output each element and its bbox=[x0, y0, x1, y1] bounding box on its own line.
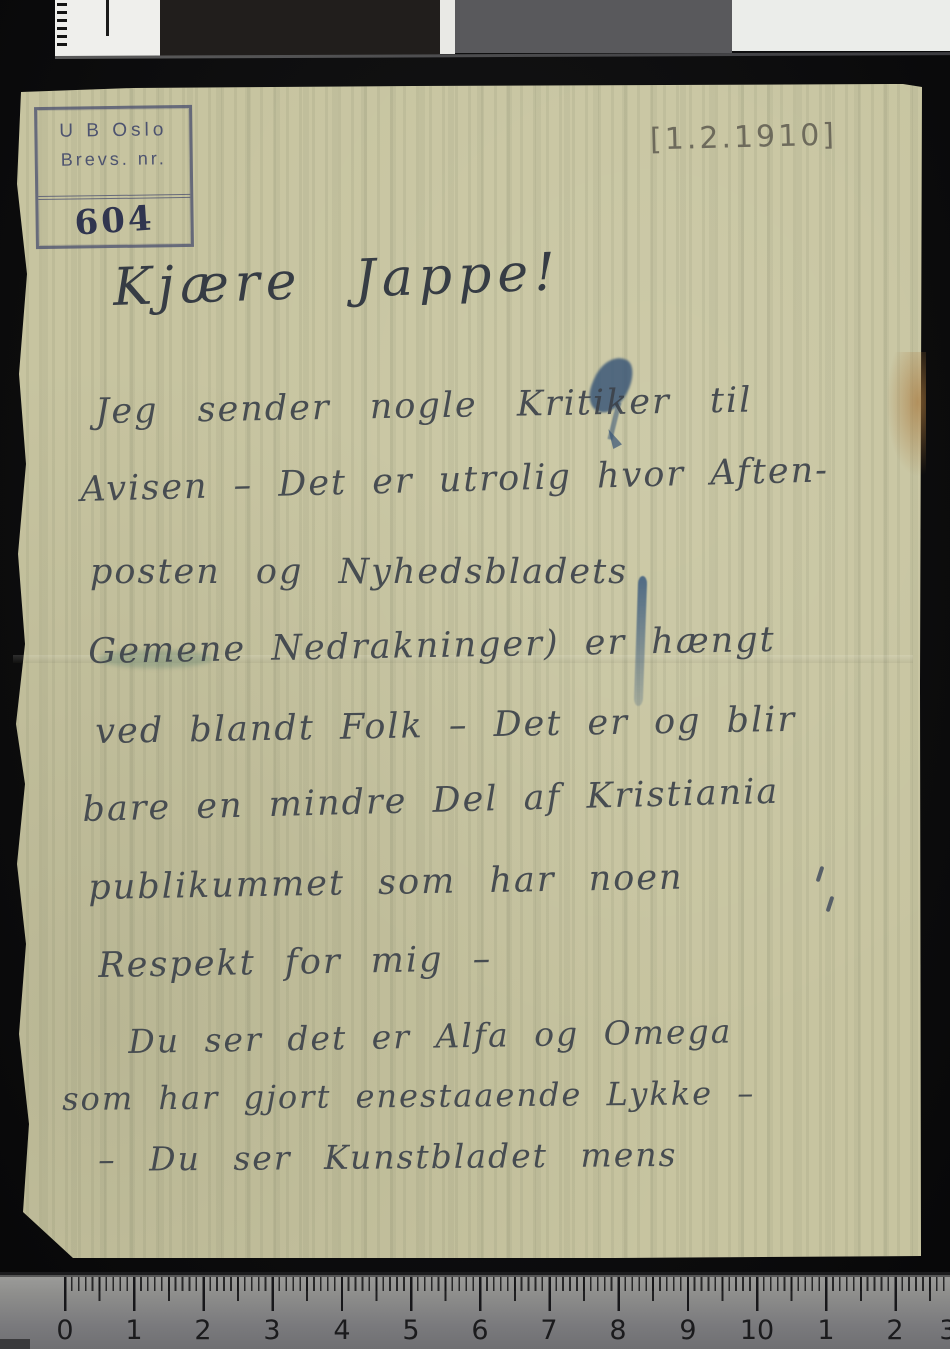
ruler-number: 1 bbox=[817, 1315, 834, 1346]
ruler-number: 8 bbox=[609, 1315, 626, 1346]
ruler-number: 9 bbox=[679, 1315, 696, 1346]
calibration-white-patch bbox=[732, 0, 950, 51]
stamp-institution: U B Oslo bbox=[37, 120, 189, 141]
ruler-number: 3 bbox=[939, 1315, 950, 1346]
calibration-white-patch bbox=[55, 0, 160, 57]
ruler-number: 4 bbox=[333, 1315, 350, 1346]
grayscale-calibration-strip bbox=[0, 0, 950, 62]
ruler-number: 2 bbox=[194, 1315, 211, 1346]
ruler-number: 1 bbox=[125, 1315, 142, 1346]
ruler-cm-ticks bbox=[64, 1277, 950, 1311]
letter-line: posten og Nyhedsbladets bbox=[90, 552, 628, 592]
resolution-step-wedge bbox=[57, 3, 67, 49]
letter-line: – Du ser Kunstbladet mens bbox=[98, 1135, 678, 1179]
calibration-white-gap bbox=[440, 0, 455, 54]
calibration-black-patch bbox=[160, 0, 440, 56]
archive-stamp-header: U B Oslo Brevs. nr. bbox=[37, 108, 190, 200]
letter-line: som har gjort enestaaende Lykke – bbox=[62, 1074, 755, 1118]
pencil-date-annotation: [1.2.1910] bbox=[650, 118, 838, 158]
letter-line: Respekt for mig – bbox=[98, 939, 492, 986]
stamp-number: 604 bbox=[37, 196, 191, 246]
ruler-number: 6 bbox=[471, 1315, 488, 1346]
stamp-series: Brevs. nr. bbox=[38, 149, 190, 169]
centimetre-ruler: 0 1 2 3 4 5 6 7 8 9 10 1 2 3 bbox=[0, 1272, 950, 1349]
ruler-number: 5 bbox=[402, 1315, 419, 1346]
archive-stamp-box: U B Oslo Brevs. nr. 604 bbox=[34, 105, 194, 249]
scanned-letter-page: U B Oslo Brevs. nr. 604 [1.2.1910] Kjære… bbox=[0, 0, 950, 1349]
calibration-line bbox=[106, 0, 109, 36]
calibration-gray-patch bbox=[455, 0, 732, 53]
ruler-number: 10 bbox=[740, 1315, 774, 1346]
ruler-number: 3 bbox=[263, 1315, 280, 1346]
ruler-number: 2 bbox=[886, 1315, 903, 1346]
ruler-number: 7 bbox=[540, 1315, 557, 1346]
ruler-end-tab bbox=[0, 1339, 30, 1349]
ruler-number: 0 bbox=[56, 1315, 73, 1346]
